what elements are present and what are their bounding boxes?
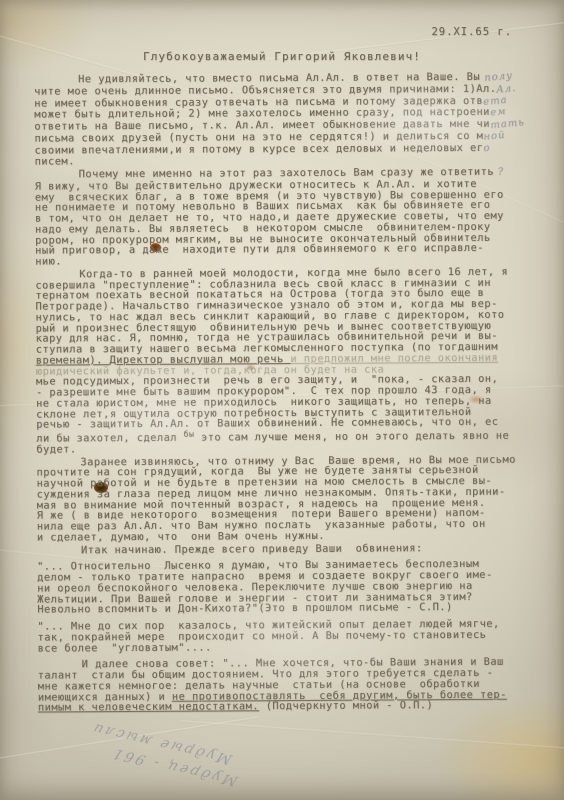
typed-line: и сделает, думаю, что они Вам очень нужн… [37, 529, 549, 543]
typed-line: Итак начинаю. Прежде всего приведу Ваши … [37, 542, 549, 556]
handwritten-mark: о [483, 143, 491, 154]
letter-page: 29.XI.65 г. Глубокоуважаемый Григорий Як… [0, 0, 564, 800]
crease-line [180, 720, 564, 751]
handwritten-mark: ем [489, 107, 506, 119]
salutation: Глубокоуважаемый Григорий Яковлевич! [0, 50, 564, 63]
typed-line: пимым к человеческим недостаткам. (Подче… [38, 700, 550, 714]
handwritten-mark: ? [494, 167, 506, 179]
typed-line: ли бы захотел, сделал бы это сам лучше м… [36, 427, 548, 444]
letter-body: Не удивляйтесь, что вместо письма Ал.Ал.… [34, 71, 550, 715]
handwritten-mark: ной [483, 131, 506, 144]
letter-date: 29.XI.65 г. [431, 26, 512, 38]
typed-line: Невольно вспомнить и Дон-Кихота?"(Это в … [37, 602, 549, 616]
typed-line: все более "угловатым".... [38, 640, 550, 654]
